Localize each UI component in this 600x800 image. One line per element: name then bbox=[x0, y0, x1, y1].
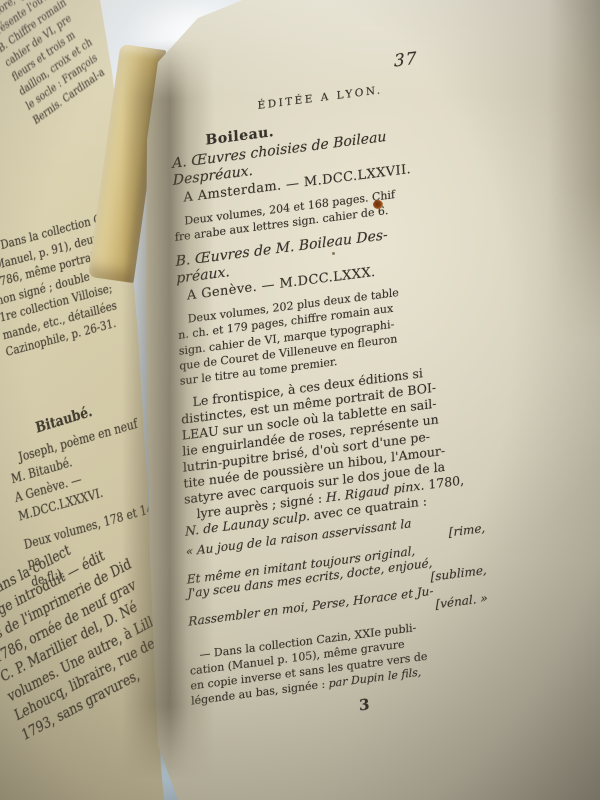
text-line: — Dans la collect bbox=[0, 504, 142, 611]
page-number: 37 bbox=[394, 49, 418, 72]
text-line: ris de l'imprimerie de Did bbox=[0, 543, 156, 650]
text-line: 1786, ornée de neuf grav bbox=[0, 562, 163, 669]
foxing-stain bbox=[373, 200, 383, 209]
text-line: Joseph, poème en neuf bbox=[6, 409, 160, 471]
text-line: volumes. Une autre, à Lille bbox=[5, 600, 177, 707]
paper-speck bbox=[332, 252, 335, 255]
text-line: vrage introduit — édit bbox=[0, 523, 149, 630]
text-line: C. P. Marillier del, D. Né bbox=[0, 581, 170, 688]
book-photograph: pages, chiffre ar1781, De Launay sc.avec… bbox=[0, 0, 600, 800]
text-line: M. Bitaubé. bbox=[10, 428, 164, 490]
left-page-section-heading: Bitaubé. bbox=[34, 403, 94, 437]
right-page-text-column: 37 ÉDITÉE A LYON. Boileau. A. Œuvres cho… bbox=[168, 2, 491, 735]
